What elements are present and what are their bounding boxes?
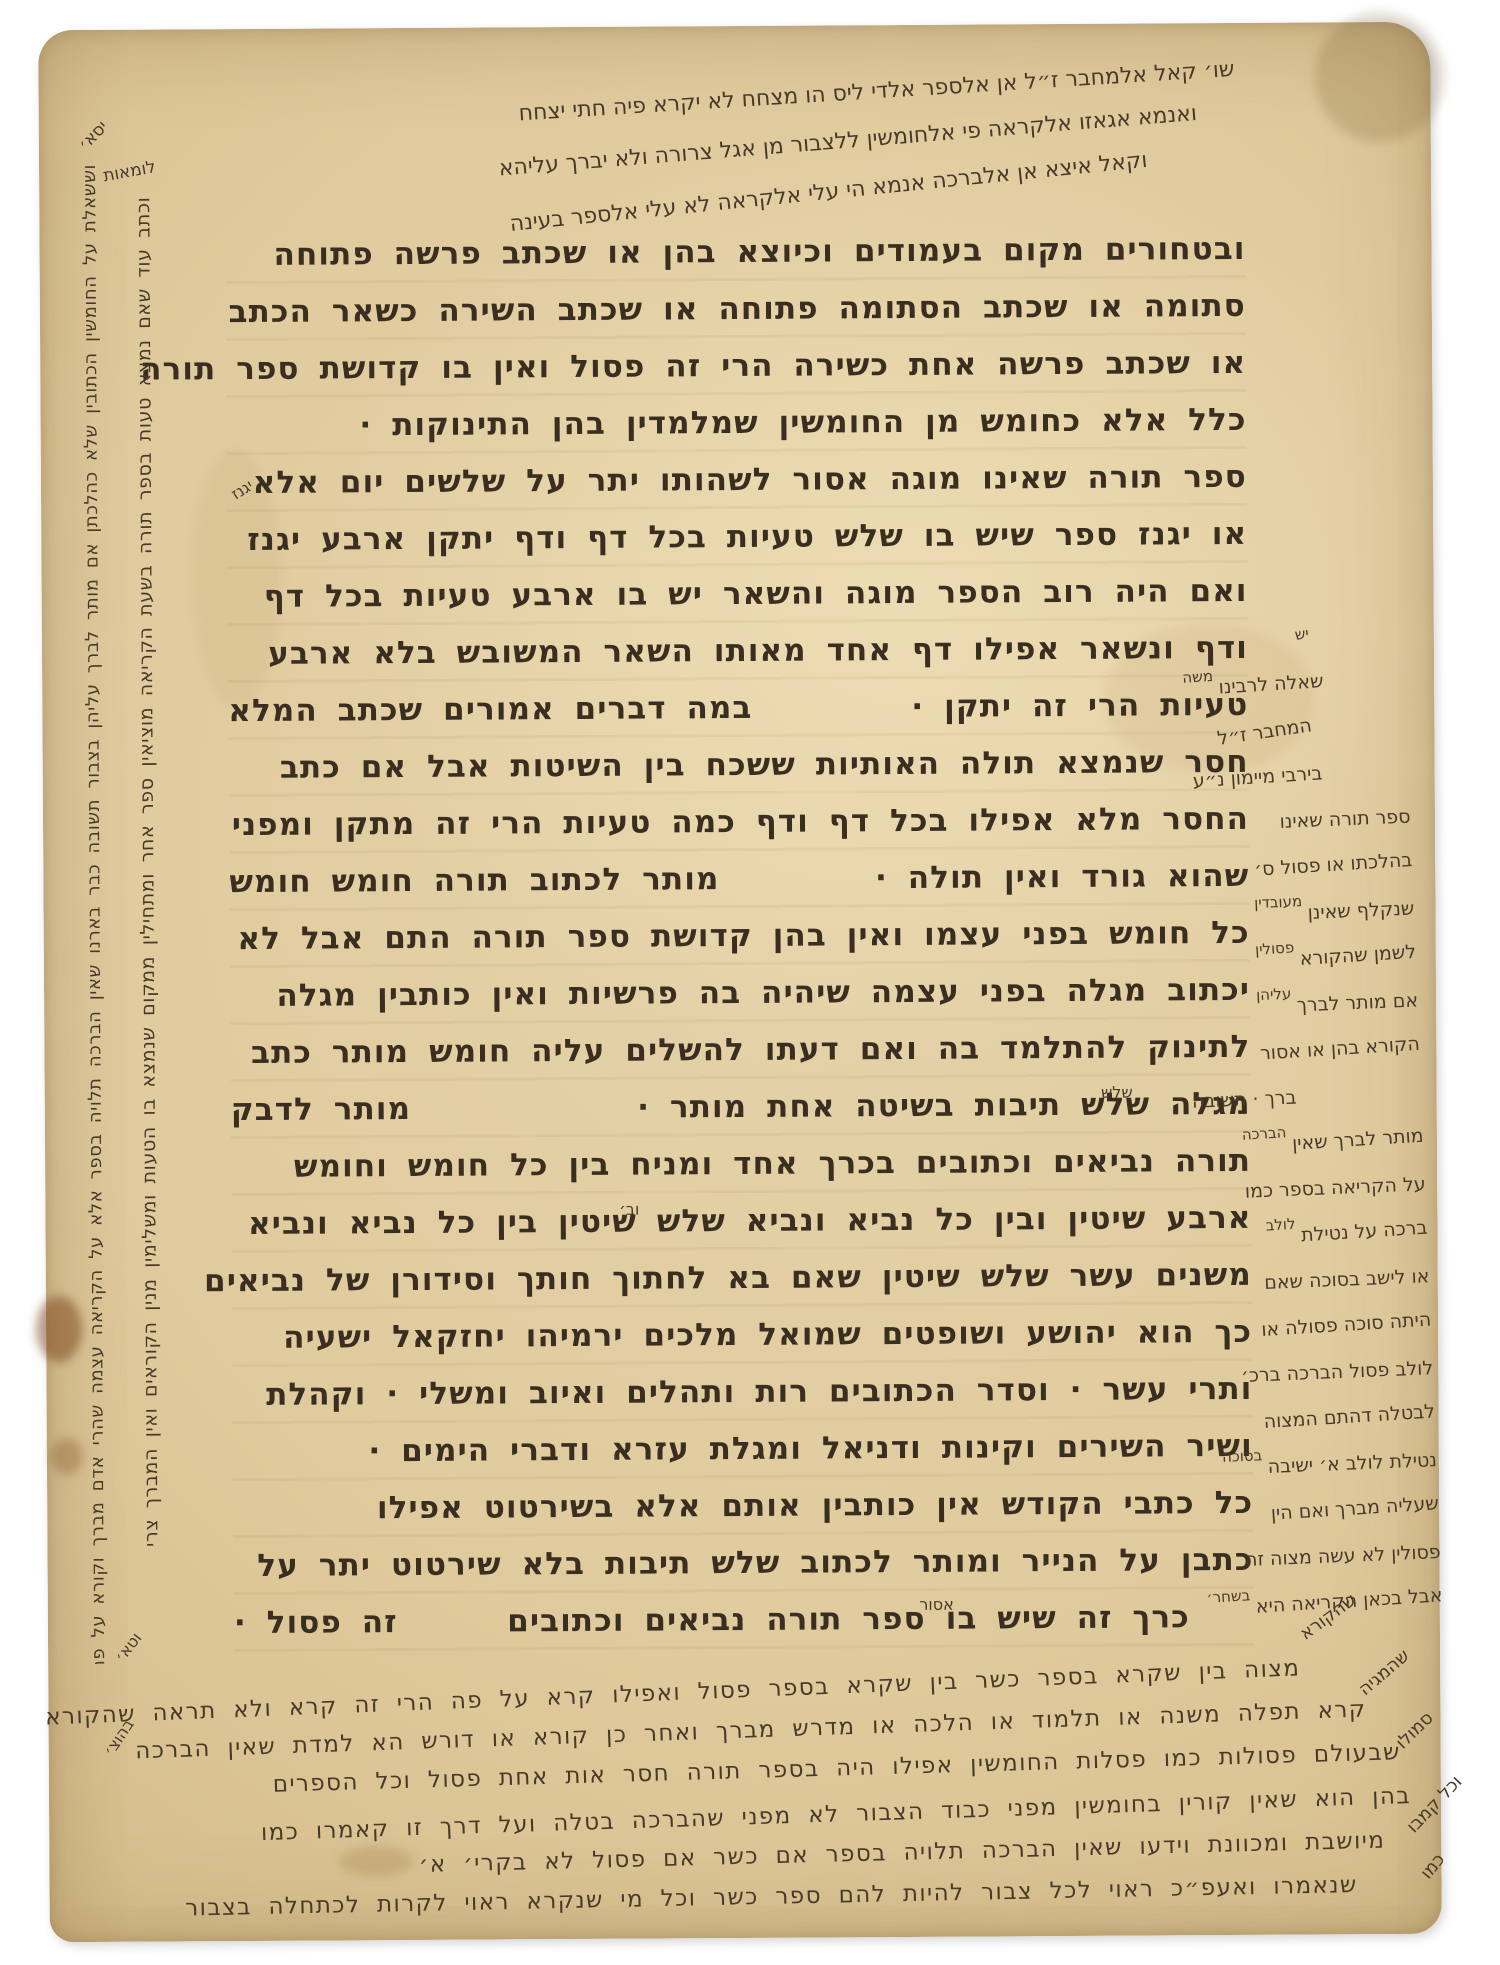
gloss-text: יש (1294, 624, 1310, 644)
main-text-line: ובטחורים מקום בעמודים וכיוצא בהן או שכתב… (225, 221, 1245, 284)
gloss-text: אם מותר לברך (1296, 989, 1418, 1016)
gloss-text: לבטלה דהתם המצוה (1263, 1400, 1436, 1433)
raised-word: פסולין (1255, 938, 1295, 958)
gloss-text: שעליה מברך ואם הין (1270, 1492, 1439, 1524)
interlinear-note: אסור (919, 1576, 954, 1633)
left-margin-gloss-outer: וששאלת על החומשין הכתובין שלא כהלכתן אם … (67, 164, 122, 1664)
line-segment: כרך זה שיש בו ספר תורה נביאים וכתובים (507, 1589, 1190, 1650)
main-text-line: ואם היה רוב הספר מוגה והשאר יש בו ארבע ט… (227, 563, 1247, 626)
right-margin-gloss-block: יששאלה לרבינומשההמחבר ז״לבירבי מיימון נ״… (1146, 610, 1443, 1632)
main-text-block: ובטחורים מקום בעמודים וכיוצא בהן או שכתב… (225, 221, 1254, 1652)
line-segment: מותר לכתוב תורה חומש חומש (229, 851, 719, 911)
raised-word: משה (1182, 667, 1214, 687)
main-text-line: כל כתבי הקודש אין כותבין אותם אלא בשירטו… (233, 1475, 1253, 1538)
main-text-line: החסר מלא אפילו בכל דף ודף כמה טעיות הרי … (229, 791, 1249, 854)
raised-word: לולב (1265, 1215, 1296, 1235)
gloss-text: ברכה על נטילת (1300, 1217, 1428, 1247)
gloss-text: ספר תורה שאינו (1279, 806, 1411, 833)
main-text-line: ותרי עשר · וסדר הכתובים רות ותהלים ואיוב… (232, 1361, 1252, 1424)
gloss-text: פסולין לא עשה מצוה זה (1245, 1541, 1442, 1571)
main-text-line: סתומה או שכתב הסתומה פתוחה או שכתב השירה… (226, 278, 1246, 341)
line-segment: במה דברים אמורים שכתב המלא (228, 680, 752, 740)
main-text-line: משנים עשר שלש שיטין שאם בא לחתוך חותך וס… (232, 1247, 1252, 1310)
main-text-line: כך הוא יהושע ושופטים שמואל מלכים ירמיהו … (232, 1304, 1252, 1367)
gloss-text: שנקלף שאינן (1307, 898, 1415, 924)
interlinear-note: שלש (1101, 1064, 1133, 1121)
gloss-text: היתה סוכה פסולה או (1261, 1309, 1432, 1341)
gloss-text: מותר לברך שאין (1291, 1125, 1424, 1155)
line-segment: מגלה שלש תיבות בשיטה אחת מותר · (637, 1076, 1251, 1137)
main-text-line: ושיר השירים וקינות ודניאל ומגלת עזרא ודב… (233, 1418, 1253, 1481)
gloss-text: שאלה לרבינו (1218, 670, 1324, 698)
main-text-line: ודף ונשאר אפילו דף אחד מאותו השאר המשובש… (228, 620, 1248, 683)
line-segment: זה פסול · (234, 1594, 398, 1652)
main-text-line: לתינוק להתלמד בה ואם דעתו להשלים עליה חו… (230, 1019, 1250, 1082)
interlinear-note: וב׳ (619, 1181, 640, 1238)
gloss-text: לשמן שהקורא (1299, 941, 1416, 970)
top-margin-gloss-block: שו׳ קאל אלמחבר ז״ל אן אלספר אלדי ליס הו … (154, 49, 1235, 179)
manuscript-page: שו׳ קאל אלמחבר ז״ל אן אלספר אלדי ליס הו … (38, 22, 1442, 1942)
main-text-line: או שכתב פרשה אחת כשירה הרי זה פסול ואין … (226, 335, 1246, 398)
main-text-line: ארבע שיטין ובין כל נביא ונביא שלש שיטין … (231, 1190, 1251, 1253)
margin-fragment: לומאות (102, 157, 158, 186)
gloss-text: הקורא בהן או אסור (1259, 1033, 1420, 1065)
main-text-line: או יגנז ספר שיש בו שלש טעיות בכל דף ודף … (227, 506, 1247, 569)
gloss-text: לולב פסול הברכה ברכ׳ (1241, 1357, 1434, 1387)
main-text-line: כל חומש בפני עצמו ואין בהן קדושת ספר תור… (230, 905, 1250, 968)
main-text-line: מגלה שלש תיבות בשיטה אחת מותר ·מותר לדבק… (231, 1076, 1251, 1139)
raised-word: בשחר׳ (1206, 1586, 1251, 1607)
corner-darkening (1314, 12, 1445, 143)
main-text-line: תורה נביאים וכתובים בכרך אחד ומניח בין כ… (231, 1133, 1251, 1196)
interlinear-note: יגנז (217, 460, 266, 520)
margin-fragment: כמו (1416, 1849, 1449, 1883)
margin-fragment: יסא׳ (75, 117, 112, 155)
raised-word: הברכה (1241, 1123, 1287, 1144)
raised-word: בסוכה (1222, 1446, 1263, 1466)
main-text-line: ספר תורה שאינו מוגה אסור לשהותו יתר על ש… (227, 449, 1247, 512)
raised-word: עליהן (1256, 985, 1292, 1004)
main-text-line: חסר שנמצא תולה האותיות ששכח בין השיטות א… (229, 734, 1249, 797)
line-segment: מותר לדבק (231, 1081, 412, 1139)
gloss-text: על הקריאה בספר כמו (1244, 1173, 1426, 1202)
gloss-text: או לישב בסוכה שאם (1264, 1265, 1430, 1294)
main-text-line: שהוא גורד ואין תולה ·מותר לכתוב תורה חומ… (229, 848, 1249, 911)
main-text-line: כלל אלא כחומש מן החומשין שמלמדין בהן התי… (226, 392, 1246, 455)
left-margin-gloss-inner: וכתב עוד שאם נמצא טעות בספר תורה בשעת הק… (121, 196, 173, 1548)
bottom-gloss-block: מצוה בין שקרא בספר כשר בין שקרא בספר פסו… (100, 1642, 1414, 1914)
raised-word: מעובדין (1254, 892, 1303, 912)
gloss-text: נטילת לולב א׳ ישיבה (1267, 1449, 1437, 1478)
main-text-line: טעיות הרי זה יתקן ·במה דברים אמורים שכתב… (228, 677, 1248, 740)
gloss-text: בהלכתו או פסול ס׳ (1254, 849, 1413, 881)
gloss-text: בירבי מיימון נ״ע (1192, 762, 1323, 792)
main-text-line: כרך זה שיש בו ספר תורה נביאים וכתוביםזה … (234, 1589, 1254, 1652)
main-text-line: כתבן על הנייר ומותר לכתוב שלש תיבות בלא … (233, 1532, 1253, 1595)
main-text-line: יכתוב מגלה בפני עצמה שיהיה בה פרשיות ואי… (230, 962, 1250, 1025)
gloss-text: ברך · תשובה (1192, 1087, 1297, 1113)
gloss-text: המחבר ז״ל (1216, 714, 1313, 750)
